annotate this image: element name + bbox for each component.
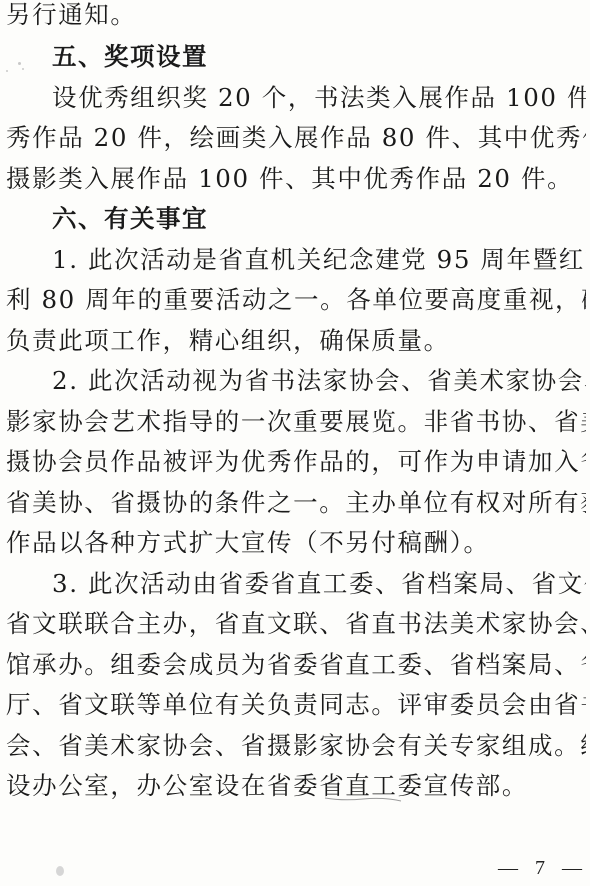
paragraph-line: 2. 此次活动视为省书法家协会、省美术家协会、省摄: [52, 366, 586, 396]
scan-speck: [6, 70, 8, 72]
handwritten-underline-mark: [323, 795, 403, 803]
paragraph-line: 秀作品 20 件，绘画类入展作品 80 件、其中优秀作品 15 件，: [6, 123, 586, 153]
page-number: — 7 —: [498, 857, 588, 880]
paragraph-line: 设优秀组织奖 20 个，书法类入展作品 100 件、其中优: [52, 83, 586, 113]
paragraph-line: 馆承办。组委会成员为省委省直工委、省档案局、省文化: [6, 650, 586, 680]
scan-speck: [18, 62, 21, 65]
paragraph-line: 摄影类入展作品 100 件、其中优秀作品 20 件。: [6, 164, 586, 194]
continuation-line: 另行通知。: [6, 0, 586, 30]
scan-speck: [56, 866, 64, 876]
paragraph-line: 省文联联合主办，省直文联、省直书法美术家协会、省美术: [6, 609, 586, 639]
paragraph-line: 省美协、省摄协的条件之一。主办单位有权对所有获奖入选: [6, 488, 586, 518]
paragraph-line: 负责此项工作，精心组织，确保质量。: [6, 326, 586, 356]
paragraph-line: 会、省美术家协会、省摄影家协会有关专家组成。组委会下: [6, 731, 586, 761]
paragraph-line: 利 80 周年的重要活动之一。各单位要高度重视，确定专人: [6, 285, 586, 315]
section-heading-matters: 六、有关事宜: [52, 204, 208, 234]
paragraph-line: 设办公室，办公室设在省委省直工委宣传部。: [6, 771, 586, 801]
paragraph-line: 影家协会艺术指导的一次重要展览。非省书协、省美协、省: [6, 407, 586, 437]
paragraph-line: 摄协会员作品被评为优秀作品的，可作为申请加入省书协、: [6, 447, 586, 477]
paragraph-line: 作品以各种方式扩大宣传（不另付稿酬）。: [6, 528, 586, 558]
scan-speck: [22, 68, 24, 70]
section-heading-awards: 五、奖项设置: [52, 42, 208, 72]
paragraph-line: 厅、省文联等单位有关负责同志。评审委员会由省书法家协: [6, 690, 586, 720]
paragraph-line: 1. 此次活动是省直机关纪念建党 95 周年暨红军长征胜: [52, 245, 586, 275]
paragraph-line: 3. 此次活动由省委省直工委、省档案局、省文化厅、: [52, 569, 586, 599]
document-page: 另行通知。 五、奖项设置 设优秀组织奖 20 个，书法类入展作品 100 件、其…: [0, 0, 590, 886]
